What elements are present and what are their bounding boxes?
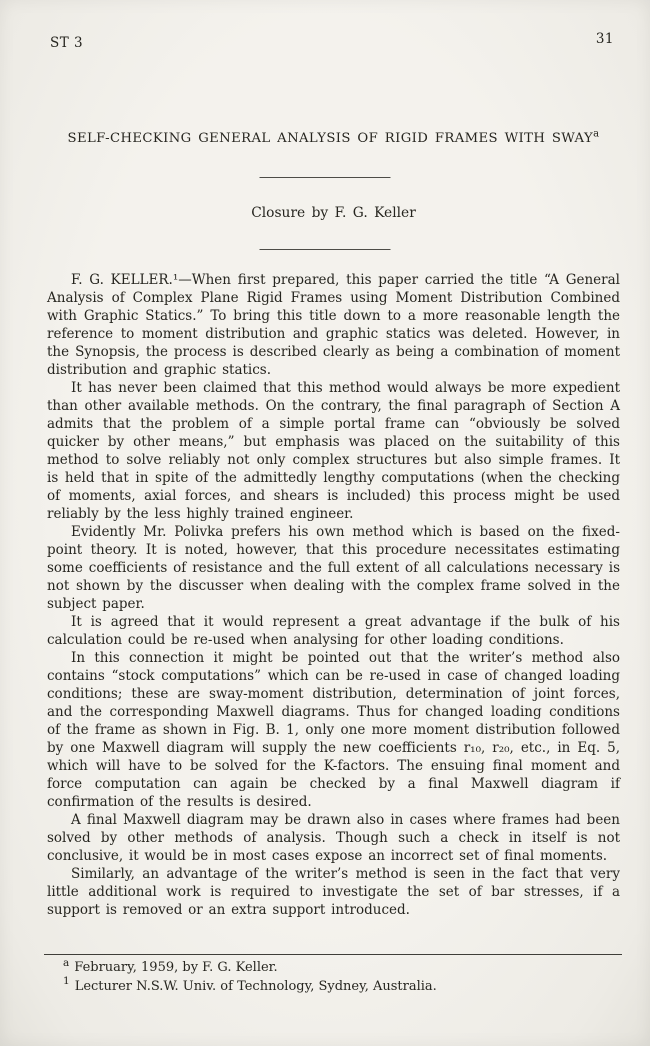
- paragraph: Evidently Mr. Polivka prefers his own me…: [47, 523, 620, 613]
- article-title-text: SELF-CHECKING GENERAL ANALYSIS OF RIGID …: [68, 131, 594, 146]
- footnote-1: 1Lecturer N.S.W. Univ. of Technology, Sy…: [63, 978, 620, 997]
- paragraph: It has never been claimed that this meth…: [47, 379, 620, 523]
- paragraph: F. G. KELLER.¹—When first prepared, this…: [47, 271, 620, 379]
- footnote-marker: a: [63, 957, 69, 969]
- paragraph: Similarly, an advantage of the writer’s …: [47, 865, 620, 919]
- footnote-separator: [44, 954, 622, 955]
- footnote-a: aFebruary, 1959, by F. G. Keller.: [63, 959, 620, 978]
- running-head: ST 3 31: [50, 35, 614, 51]
- footnote-text: Lecturer N.S.W. Univ. of Technology, Syd…: [75, 979, 437, 994]
- footnote-text: February, 1959, by F. G. Keller.: [74, 960, 277, 975]
- paragraph: A final Maxwell diagram may be drawn als…: [47, 811, 620, 865]
- title-divider: [260, 177, 391, 178]
- byline-divider: [260, 249, 391, 250]
- article-body: F. G. KELLER.¹—When first prepared, this…: [47, 271, 620, 919]
- article-title: SELF-CHECKING GENERAL ANALYSIS OF RIGID …: [47, 131, 620, 146]
- footnotes: aFebruary, 1959, by F. G. Keller. 1Lectu…: [63, 959, 620, 996]
- page-number: 31: [596, 31, 614, 47]
- scanned-paper-page: ST 3 31 SELF-CHECKING GENERAL ANALYSIS O…: [0, 0, 650, 1046]
- paragraph: In this connection it might be pointed o…: [47, 649, 620, 811]
- running-head-section-code: ST 3: [50, 35, 83, 51]
- title-block: SELF-CHECKING GENERAL ANALYSIS OF RIGID …: [47, 131, 620, 146]
- footnote-marker: 1: [63, 975, 70, 987]
- paragraph: It is agreed that it would represent a g…: [47, 613, 620, 649]
- byline: Closure by F. G. Keller: [47, 205, 620, 221]
- title-footnote-marker: a: [593, 129, 599, 140]
